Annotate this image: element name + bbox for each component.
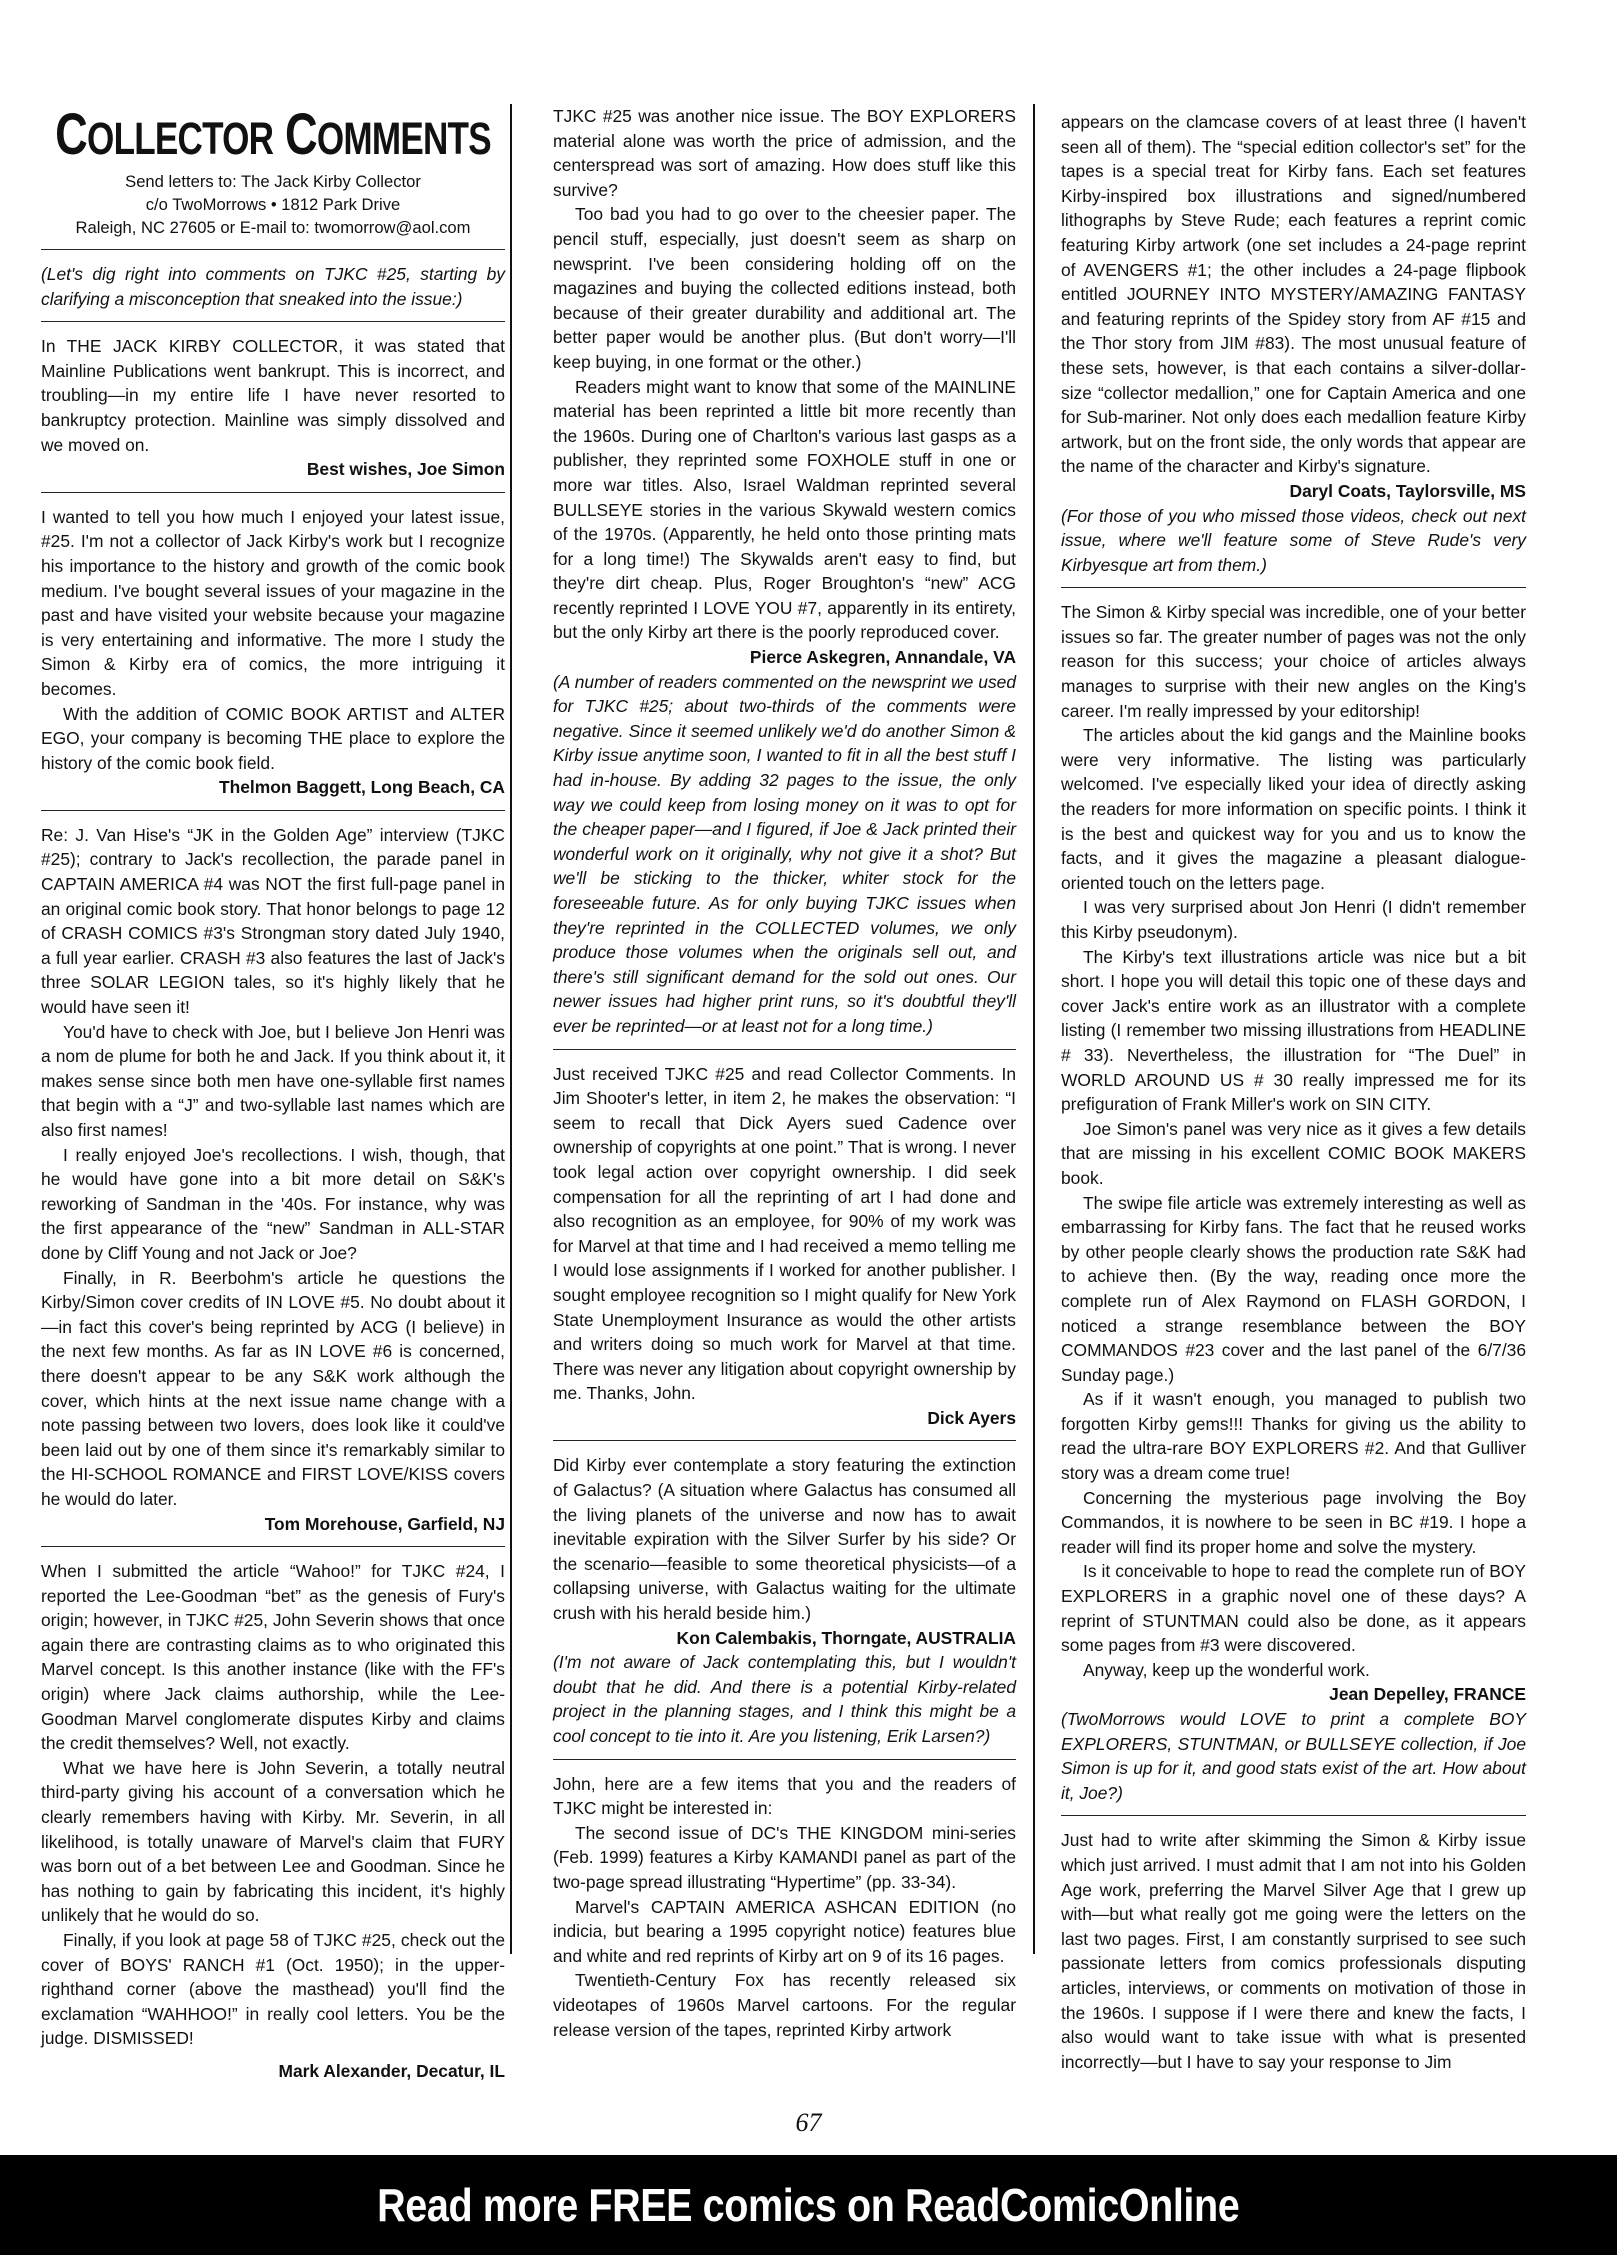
divider xyxy=(41,1546,505,1547)
editor-reply: (TwoMorrows would LOVE to print a comple… xyxy=(1061,1707,1526,1805)
divider xyxy=(553,1049,1016,1050)
letter-paragraph: As if it wasn't enough, you managed to p… xyxy=(1061,1387,1526,1485)
address-line: Raleigh, NC 27605 or E-mail to: twomorro… xyxy=(41,216,505,239)
masthead: COLLECTOR COMMENTS Send letters to: The … xyxy=(41,104,505,239)
letter-paragraph: Too bad you had to go over to the cheesi… xyxy=(553,202,1016,374)
letter: Re: J. Van Hise's “JK in the Golden Age”… xyxy=(41,823,505,1536)
divider xyxy=(41,321,505,322)
address-line: Send letters to: The Jack Kirby Collecto… xyxy=(41,170,505,193)
page-number: 67 xyxy=(0,2108,1617,2138)
letter-paragraph: Just had to write after skimming the Sim… xyxy=(1061,1828,1526,2074)
letter-paragraph: You'd have to check with Joe, but I beli… xyxy=(41,1020,505,1143)
letter-paragraph: Finally, in R. Beerbohm's article he que… xyxy=(41,1266,505,1512)
letter-signature: Mark Alexander, Decatur, IL xyxy=(41,2059,505,2084)
letter-paragraph: The Kirby's text illustrations article w… xyxy=(1061,945,1526,1117)
letter-paragraph: The articles about the kid gangs and the… xyxy=(1061,723,1526,895)
letter: In THE JACK KIRBY COLLECTOR, it was stat… xyxy=(41,334,505,482)
letter-paragraph: Twentieth-Century Fox has recently relea… xyxy=(553,1968,1016,2042)
column-divider xyxy=(1033,104,1035,1954)
letter-paragraph: In THE JACK KIRBY COLLECTOR, it was stat… xyxy=(41,334,505,457)
letter-paragraph: I wanted to tell you how much I enjoyed … xyxy=(41,505,505,702)
editor-intro: (Let's dig right into comments on TJKC #… xyxy=(41,262,505,311)
letter-paragraph: John, here are a few items that you and … xyxy=(553,1772,1016,1821)
divider xyxy=(553,1759,1016,1760)
letter-paragraph: The second issue of DC's THE KINGDOM min… xyxy=(553,1821,1016,1895)
letter-signature: Dick Ayers xyxy=(553,1406,1016,1431)
column-2: TJKC #25 was another nice issue. The BOY… xyxy=(553,104,1016,2042)
letter-paragraph: Concerning the mysterious page involving… xyxy=(1061,1486,1526,1560)
letter: John, here are a few items that you and … xyxy=(553,1772,1016,2043)
divider xyxy=(1061,1815,1526,1816)
letter-paragraph: I was very surprised about Jon Henri (I … xyxy=(1061,895,1526,944)
divider xyxy=(553,1440,1016,1441)
letter: The Simon & Kirby special was incredible… xyxy=(1061,600,1526,1805)
letter-paragraph: Joe Simon's panel was very nice as it gi… xyxy=(1061,1117,1526,1191)
divider xyxy=(1061,587,1526,588)
letter-paragraph: Finally, if you look at page 58 of TJKC … xyxy=(41,1928,505,2051)
letter-signature: Tom Morehouse, Garfield, NJ xyxy=(41,1512,505,1537)
column-3: appears on the clamcase covers of at lea… xyxy=(1061,110,1526,2074)
letter-paragraph: Anyway, keep up the wonderful work. xyxy=(1061,1658,1526,1683)
letter-paragraph: With the addition of COMIC BOOK ARTIST a… xyxy=(41,702,505,776)
letter: I wanted to tell you how much I enjoyed … xyxy=(41,505,505,800)
letter-paragraph: appears on the clamcase covers of at lea… xyxy=(1061,110,1526,479)
letter-paragraph: The Simon & Kirby special was incredible… xyxy=(1061,600,1526,723)
letter: When I submitted the article “Wahoo!” fo… xyxy=(41,1559,505,2083)
letter: TJKC #25 was another nice issue. The BOY… xyxy=(553,104,1016,1039)
letter-paragraph: Re: J. Van Hise's “JK in the Golden Age”… xyxy=(41,823,505,1020)
letter-signature: Daryl Coats, Taylorsville, MS xyxy=(1061,479,1526,504)
column-1: COLLECTOR COMMENTS Send letters to: The … xyxy=(41,104,505,2084)
letter-paragraph: What we have here is John Severin, a tot… xyxy=(41,1756,505,1928)
letter: Just received TJKC #25 and read Collecto… xyxy=(553,1062,1016,1431)
divider xyxy=(41,810,505,811)
letter-signature: Jean Depelley, FRANCE xyxy=(1061,1682,1526,1707)
letter-paragraph: Marvel's CAPTAIN AMERICA ASHCAN EDITION … xyxy=(553,1895,1016,1969)
divider xyxy=(41,492,505,493)
letter-paragraph: TJKC #25 was another nice issue. The BOY… xyxy=(553,104,1016,202)
page-title: COLLECTOR COMMENTS xyxy=(45,104,501,170)
letter: Did Kirby ever contemplate a story featu… xyxy=(553,1453,1016,1748)
promo-banner[interactable]: Read more FREE comics on ReadComicOnline xyxy=(0,2155,1617,2255)
editor-reply: (I'm not aware of Jack contemplating thi… xyxy=(553,1650,1016,1748)
column-divider xyxy=(510,104,512,1954)
magazine-page: COLLECTOR COMMENTS Send letters to: The … xyxy=(0,0,1617,2145)
letter-paragraph: When I submitted the article “Wahoo!” fo… xyxy=(41,1559,505,1756)
editor-reply: (For those of you who missed those video… xyxy=(1061,504,1526,578)
letter-signature: Kon Calembakis, Thorngate, AUSTRALIA xyxy=(553,1626,1016,1651)
letter-paragraph: Readers might want to know that some of … xyxy=(553,375,1016,646)
letter-paragraph: Did Kirby ever contemplate a story featu… xyxy=(553,1453,1016,1625)
promo-banner-text[interactable]: Read more FREE comics on ReadComicOnline xyxy=(377,2155,1239,2255)
letter-paragraph: The swipe file article was extremely int… xyxy=(1061,1191,1526,1388)
letter-signature: Pierce Askegren, Annandale, VA xyxy=(553,645,1016,670)
address-line: c/o TwoMorrows • 1812 Park Drive xyxy=(41,193,505,216)
letter-paragraph: I really enjoyed Joe's recollections. I … xyxy=(41,1143,505,1266)
letter-paragraph: Is it conceivable to hope to read the co… xyxy=(1061,1559,1526,1657)
letter-paragraph: Just received TJKC #25 and read Collecto… xyxy=(553,1062,1016,1406)
letter-signature: Thelmon Baggett, Long Beach, CA xyxy=(41,775,505,800)
letter-signature: Best wishes, Joe Simon xyxy=(41,457,505,482)
letter: Just had to write after skimming the Sim… xyxy=(1061,1828,1526,2074)
divider xyxy=(41,249,505,250)
letter: appears on the clamcase covers of at lea… xyxy=(1061,110,1526,577)
editor-reply: (A number of readers commented on the ne… xyxy=(553,670,1016,1039)
